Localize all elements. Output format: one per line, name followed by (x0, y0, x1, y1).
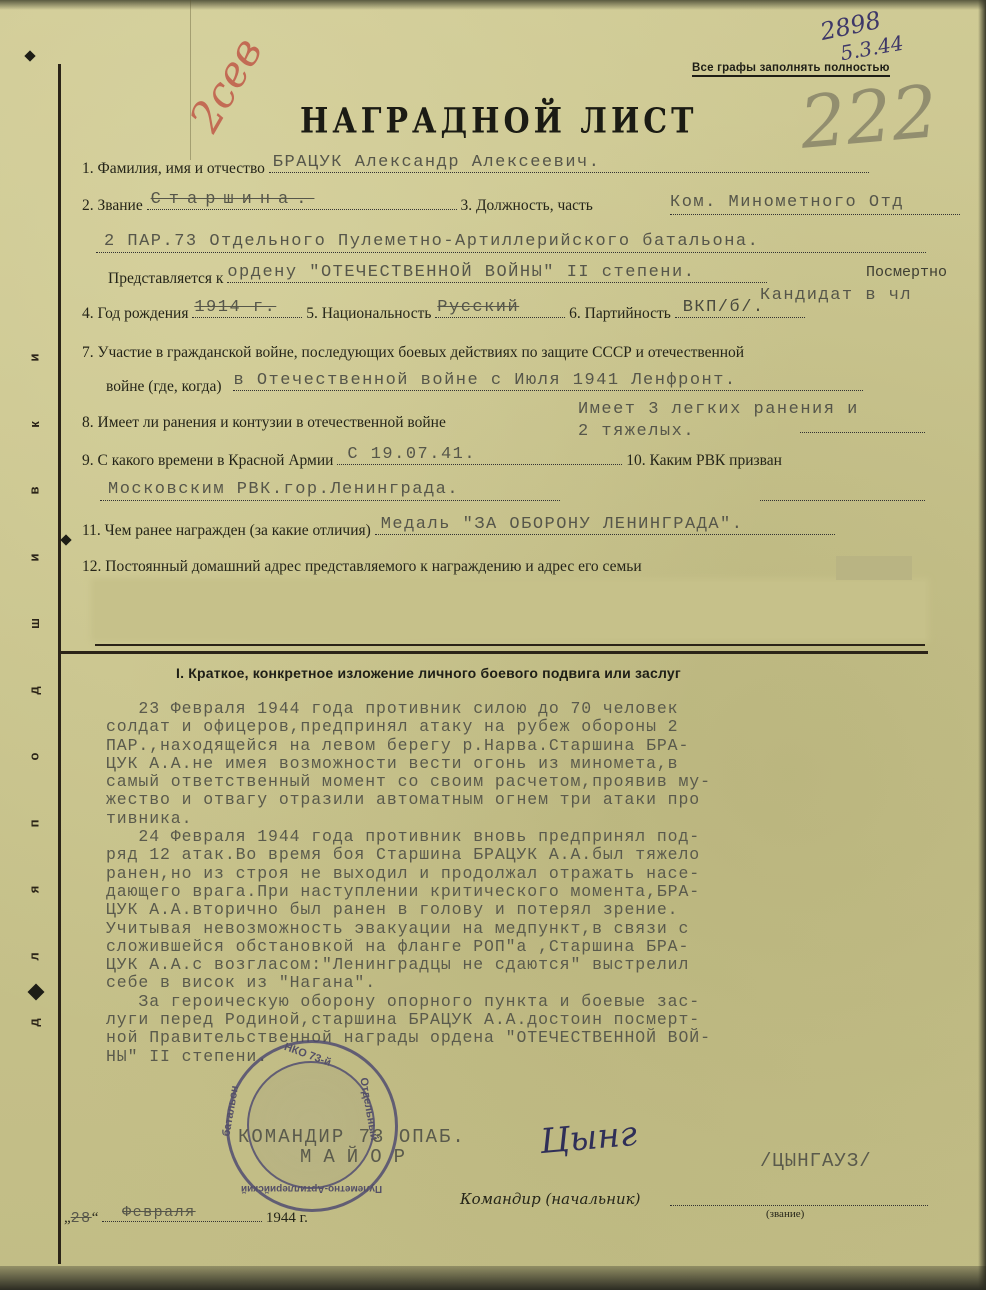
field-value: 1914 г. (194, 298, 276, 317)
margin-letter: я (27, 886, 42, 894)
page-title: НАГРАДНОЙ ЛИСТ (300, 101, 698, 141)
pencil-mark: 222 (797, 69, 941, 165)
field-value: Старшина. (151, 190, 315, 209)
stamp-text: Пулеметно-Артиллерийский (241, 1183, 382, 1194)
field-value: БРАЦУК Александр Алексеевич. (273, 153, 601, 172)
posthumous-note: Посмертно (866, 264, 947, 281)
narrative-line: ранен,но из строя не выходил и продолжал… (106, 865, 926, 883)
margin-letter: ш (27, 618, 42, 629)
stamp-emblem (247, 1061, 375, 1189)
rank-caption: (звание) (766, 1208, 804, 1220)
field-value-line: Русский (435, 317, 565, 318)
narrative-line: сложившейся обстановкой на фланге РОП"а … (106, 938, 926, 956)
field-label: 9. С какого времени в Красной Армии (82, 452, 333, 469)
field-war-participation: 7. Участие в гражданской войне, последую… (82, 344, 744, 362)
signer-rank: МАЙОР (300, 1146, 417, 1168)
field-service-since: 9. С какого времени в Красной Армии С 19… (82, 452, 782, 470)
field-label: 11. Чем ранее награжден (за какие отличи… (82, 522, 371, 539)
field-rank-position: 2. Звание Старшина. 3. Должность, часть (82, 197, 593, 215)
paper-bottom-edge (0, 1266, 986, 1290)
document-date: „28“ Февраля 1944 г. (64, 1210, 308, 1227)
field-value: ордену "ОТЕЧЕСТВЕННОЙ ВОЙНЫ" II степени. (227, 263, 695, 282)
field-value-cont: 2 ПАР.73 Отдельного Пулеметно-Артиллерий… (104, 232, 759, 251)
field-label: 6. Партийность (569, 305, 671, 322)
field-value-line: БРАЦУК Александр Алексеевич. (269, 172, 869, 173)
field-presented: Представляется к ордену "ОТЕЧЕСТВЕННОЙ В… (108, 270, 767, 288)
merit-description: 23 Февраля 1944 года противник силою до … (106, 700, 926, 1066)
field-value-line (760, 500, 925, 501)
narrative-line: самый ответственный момент со своим расч… (106, 773, 926, 791)
field-value-line: С 19.07.41. (337, 464, 622, 465)
margin-letter: д (26, 686, 41, 694)
field-label: 3. Должность, часть (460, 197, 592, 214)
narrative-line: солдат и офицеров,предпринял атаку на ру… (106, 718, 926, 736)
narrative-line: жество и отвагу отразили автоматным огне… (106, 791, 926, 809)
field-value-line: в Отечественной войне с Июля 1941 Ленфро… (233, 390, 863, 391)
date-year: 1944 г. (266, 1210, 308, 1226)
narrative-line: ЦУК А.А.не имея возможности вести огонь … (106, 755, 926, 773)
margin-letter: л (26, 952, 41, 960)
field-value-line: ордену "ОТЕЧЕСТВЕННОЙ ВОЙНЫ" II степени. (227, 282, 767, 283)
narrative-line: ной Правительственной награды ордена "ОТ… (106, 1029, 926, 1047)
field-value-line (670, 214, 960, 215)
margin-letter: д (26, 1018, 41, 1026)
field-value-line: Старшина. (147, 209, 457, 210)
field-value: Московским РВК.гор.Ленинграда. (108, 480, 459, 499)
narrative-line: ПАР.,находящейся на левом берегу р.Нарва… (106, 737, 926, 755)
signer-position: КОМАНДИР 73 ОПАБ. (238, 1126, 466, 1148)
field-value-line (96, 252, 926, 253)
redacted-address-area (95, 582, 925, 638)
field-value: Ком. Минометного Отд (670, 193, 904, 212)
signer-name: /ЦЫНГАУЗ/ (760, 1150, 872, 1172)
party-note: Кандидат в чл (760, 286, 912, 305)
divider (58, 651, 928, 654)
field-label: 12. Постоянный домашний адрес представля… (82, 558, 642, 575)
paper-fold-crease (190, 0, 191, 160)
field-label: Представляется к (108, 270, 223, 287)
field-value-line: Медаль "ЗА ОБОРОНУ ЛЕНИНГРАДА". (375, 534, 835, 535)
field-label: 2. Звание (82, 197, 143, 214)
field-label: 8. Имеет ли ранения и контузии в отечест… (82, 414, 446, 431)
field-label: 5. Национальность (306, 305, 431, 322)
narrative-line: За героическую оборону опорного пункта и… (106, 993, 926, 1011)
margin-letter: о (26, 753, 41, 761)
field-birth-nationality-party: 4. Год рождения 1914 г. 5. Национальност… (82, 305, 805, 323)
field-full-name: 1. Фамилия, имя и отчество БРАЦУК Алекса… (82, 160, 869, 178)
field-value: С 19.07.41. (347, 445, 476, 464)
field-label: 10. Каким РВК призван (626, 452, 782, 469)
red-pencil-mark: 2сев (180, 29, 272, 140)
commander-label: Командир (начальник) (460, 1190, 640, 1208)
margin-letter: и (27, 553, 42, 561)
field-value-line (100, 500, 560, 501)
date-day: 28 (71, 1210, 92, 1227)
paper-right-edge (978, 0, 986, 1290)
narrative-line: ЦУК А.А.с возгласом:"Ленинградцы не сдаю… (106, 956, 926, 974)
field-value-cont: 2 тяжелых. (578, 422, 695, 441)
paper-top-edge (0, 0, 986, 10)
field-value-line: ВКП/б/. (675, 317, 805, 318)
margin-rule (58, 64, 61, 1264)
field-label: 7. Участие в гражданской войне, последую… (82, 344, 744, 361)
section-title: I. Краткое, конкретное изложение личного… (176, 665, 681, 681)
margin-letter: к (26, 421, 41, 428)
date-month-line: Февраля (102, 1221, 262, 1222)
margin-letter: п (26, 819, 41, 827)
narrative-line: дающего врага.При наступлении критическо… (106, 883, 926, 901)
field-value: Имеет 3 легких ранения и (578, 400, 859, 419)
field-value: в Отечественной войне с Июля 1941 Ленфро… (233, 371, 736, 390)
field-label: 1. Фамилия, имя и отчество (82, 160, 265, 177)
date-month: Февраля (122, 1204, 196, 1221)
field-previous-awards: 11. Чем ранее награжден (за какие отличи… (82, 522, 835, 540)
field-value-line: 1914 г. (192, 317, 302, 318)
margin-letter: и (27, 354, 42, 362)
field-label: 4. Год рождения (82, 305, 188, 322)
narrative-line: 23 Февраля 1944 года противник силою до … (106, 700, 926, 718)
narrative-line: ЦУК А.А.вторично был ранен в голову и по… (106, 901, 926, 919)
divider (95, 644, 925, 646)
field-label: войне (где, когда) (106, 378, 222, 395)
handwritten-signature: Цынг (538, 1114, 638, 1162)
instruction-text: Все графы заполнять полностью (692, 62, 890, 77)
field-value: Медаль "ЗА ОБОРОНУ ЛЕНИНГРАДА". (381, 515, 744, 534)
field-value: Русский (437, 298, 519, 317)
redacted-address-block (836, 556, 912, 580)
field-value-line (800, 432, 925, 433)
punch-hole-icon (60, 534, 71, 545)
punch-hole-icon (24, 50, 35, 61)
field-war-participation-cont: войне (где, когда) в Отечественной войне… (106, 378, 863, 396)
margin-letter: в (27, 487, 42, 495)
field-wounds: 8. Имеет ли ранения и контузии в отечест… (82, 414, 446, 432)
narrative-line: Учитывая невозможность эвакуации на медп… (106, 920, 926, 938)
narrative-line: 24 Февраля 1944 года противник вновь пре… (106, 828, 926, 846)
narrative-line: ряд 12 атак.Во время боя Старшина БРАЦУК… (106, 846, 926, 864)
narrative-line: себе в висок из "Нагана". (106, 974, 926, 992)
field-home-address: 12. Постоянный домашний адрес представля… (82, 558, 642, 576)
narrative-line: НЫ" II степени. (106, 1048, 926, 1066)
margin-caption: д л я п о д ш и в к и (22, 350, 46, 1030)
narrative-line: тивника. (106, 810, 926, 828)
commander-rank-line (670, 1205, 928, 1206)
narrative-line: луги перед Родиной,старшина БРАЦУК А.А.д… (106, 1011, 926, 1029)
field-value: ВКП/б/. (683, 298, 765, 317)
